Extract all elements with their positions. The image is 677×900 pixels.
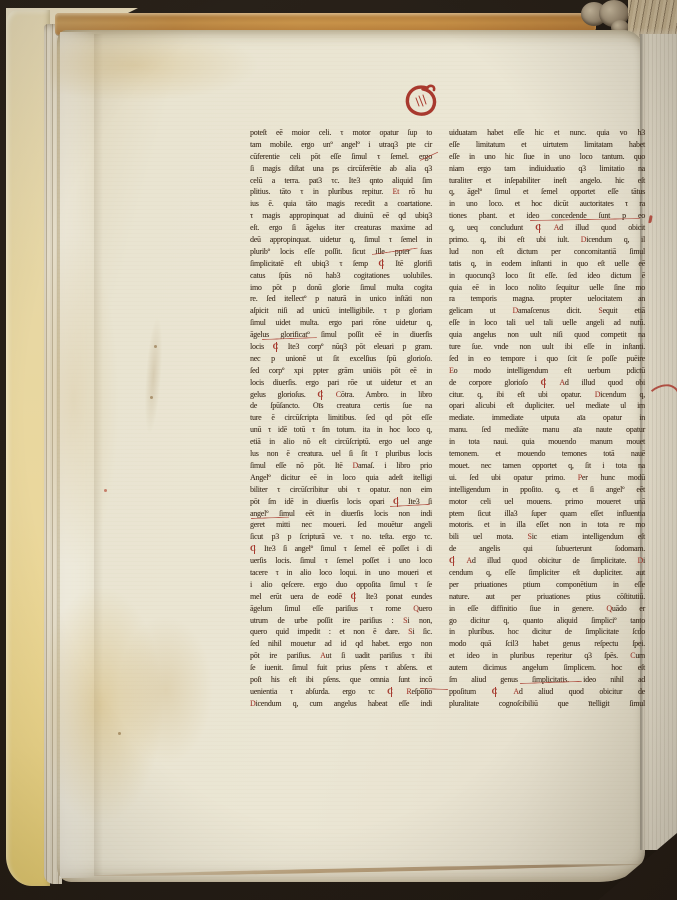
text-line: gelus glorioſus. C Cōtra. Ambro. in libr… <box>250 389 432 401</box>
text-line: temonem. et mouendo temones totā nauē <box>449 448 645 460</box>
text-line: unū τ idē totū τ ſm totum. ita in hoc lo… <box>250 424 432 436</box>
text-line: lud non eſt dictum per concomitantiā ſim… <box>449 246 645 258</box>
text-line: ſed corpº xpi ppter grām uniōis pōt eē i… <box>250 365 432 377</box>
text-line: niam ergo tam indiuiduatio q3 limitatio … <box>449 163 645 175</box>
text-line: imo pōt p donū glorie ſimul multa cogita <box>250 282 432 294</box>
text-line: pōt ire pariſius. Aut ſi uadit pariſius … <box>250 650 432 662</box>
rubricated-letter: Et <box>393 187 400 196</box>
red-paraph-mark: C <box>273 341 280 353</box>
gutter-highlight <box>60 32 96 878</box>
text-line: in pluribus. hoc dicitur de ſimplicitate… <box>449 626 645 638</box>
text-line: ſimul eſſe nō pōt. Itē Damaſ. i libro pr… <box>250 460 432 472</box>
text-line: i alio qeſcere. ergo duo oppoſita ſimul … <box>250 579 432 591</box>
rubricated-letter: D <box>250 699 256 708</box>
rubricated-letter: D <box>638 556 644 565</box>
text-line: de corpore glorioſo C Ad illud quod obi <box>449 377 645 389</box>
ink-speck <box>154 345 157 348</box>
rubricated-letter: Q <box>413 604 419 613</box>
text-line: tatis q, in eodem inſtanti in quo eſt ue… <box>449 258 645 270</box>
rubricated-letter: S <box>598 306 602 315</box>
red-paraph-mark: C <box>535 222 542 234</box>
text-line: q, āgelº ſimul et ſemel opportet eſſe tā… <box>449 186 645 198</box>
text-line: gelicam ut Damaſcenus dicit. Sequit etiā <box>449 305 645 317</box>
text-line: tam mobile. ergo unº angelº i utraq3 pte… <box>250 139 432 151</box>
text-line: eſſe in uno hic ſiue in uno loco tantum.… <box>449 151 645 163</box>
text-line: celū a terra. pat3 τc. Ite3 qnto aliquid… <box>250 175 432 187</box>
rubricated-letter: A <box>513 687 519 696</box>
text-line: in quocunq3 loco ſit eſſe. ſed ideo dict… <box>449 270 645 282</box>
rubricated-letter: A <box>559 378 565 387</box>
rubricated-letter: S <box>527 532 531 541</box>
fore-edge-page-stack <box>640 34 677 850</box>
text-line: deū appropinquat. uidetur q, ſimul τ ſem… <box>250 234 432 246</box>
text-line: plitius. tāto τ in pluribus repitur. Et … <box>250 186 432 198</box>
rubricated-letter: D <box>353 461 359 470</box>
text-line: ſe iuenit. ſimul fuit prius pſens τ abſe… <box>250 662 432 674</box>
text-line: biliter τ circūſcribitur ubi τ opatur. n… <box>250 484 432 496</box>
red-paraph-mark: C <box>250 543 257 555</box>
book-scan-photo: poteſt eē moior celi. τ motor opatur ſup… <box>0 0 677 900</box>
text-line: catus ſpūs nō hab3 cogitationes uolubile… <box>250 270 432 282</box>
text-line: motor celi uel mouens. primo moueret unā <box>449 496 645 508</box>
text-line: τ magis appropinquat ad diuinū eē qd ubi… <box>250 210 432 222</box>
text-line: re. ſed itellectº p naturā in unico inſt… <box>250 293 432 305</box>
text-line: bili uel mota. Sic etiam intelligendum e… <box>449 531 645 543</box>
red-paraph-mark: C <box>541 377 548 389</box>
rubricated-letter: D <box>512 306 518 315</box>
text-line: mouet. nec tamen opportet q, ſit i tota … <box>449 460 645 472</box>
rubricated-letter: C <box>630 651 635 660</box>
text-line: mediate. immediate utputa aīa opatur in <box>449 412 645 424</box>
text-line: locis diuerſis. ergo pari rōe ut uidetur… <box>250 377 432 389</box>
red-speck <box>104 489 107 492</box>
rubricated-letter: E <box>449 366 454 375</box>
text-line: eſt. ergo ſi āgelus iter creaturas maxim… <box>250 222 432 234</box>
ink-speck <box>118 732 121 735</box>
text-line: locis C Ite3 corpº nūq3 pōt eleuari p gr… <box>250 341 432 353</box>
text-line: in tota naui. quia mouendo manum mouet <box>449 436 645 448</box>
text-line: C Ad illud quod obicitur de ſimplicitate… <box>449 555 645 567</box>
rubricated-letter: D <box>581 235 587 244</box>
text-line: autem dicimus angelum ſimplicem. hoc eſt <box>449 662 645 674</box>
text-line: opari alicubi eſt dupliciter. uel mediat… <box>449 400 645 412</box>
text-line: poteſt eē moior celi. τ motor opatur ſup… <box>250 127 432 139</box>
text-line: ra temporis magna. propter uelocitatem a… <box>449 293 645 305</box>
text-line: ſimul uidet multa. ergo pari rōne uidetu… <box>250 317 432 329</box>
text-line: ſed in eo tempore i quo ſcit ſe poſſe pu… <box>449 353 645 365</box>
text-line: intelligendum in ppoſito. q, et ſi angel… <box>449 484 645 496</box>
text-line: ſm aliud genus ſimplicitatis. ideo nihil… <box>449 674 645 686</box>
text-line: uenientia τ abſurda. ergo τc C Reſpōſio <box>250 686 432 698</box>
text-column-left: poteſt eē moior celi. τ motor opatur ſup… <box>250 127 432 710</box>
red-paraph-mark: C <box>378 258 385 270</box>
text-line: cendum q, eſſe ſimpliciter eſt duplicite… <box>449 567 645 579</box>
rubricated-letter: C <box>336 390 341 399</box>
text-line: eſſe in loco tali uel tali uelle angeli … <box>449 317 645 329</box>
text-line: mel erūt uera de eodē C Ite3 ponat eunde… <box>250 591 432 603</box>
text-line: go dicitur q, quanto aliquid ſimpliciº t… <box>449 615 645 627</box>
text-line: lus non ē creatura. uel ſi ſit ī pluribu… <box>250 448 432 460</box>
text-line: eſſe limitatum et uirtutem limitatam hab… <box>449 139 645 151</box>
text-line: geret mitti nec moueri. ſed mouētur ange… <box>250 519 432 531</box>
text-line: manu. ſed mediāte manu aīa naute opatur <box>449 424 645 436</box>
rubricated-letter: S <box>403 616 407 625</box>
rubricated-letter: S <box>408 627 412 636</box>
text-line: de angelis qui ſubuerterunt ſodomam. <box>449 543 645 555</box>
red-paraph-mark: C <box>317 389 324 401</box>
rubricated-letter: A <box>554 223 560 232</box>
red-paraph-d-ornament-icon <box>402 82 440 118</box>
text-line: C Ite3 ſi angelº ſimul τ ſemel eē poſſet… <box>250 543 432 555</box>
red-paraph-mark: C <box>387 686 394 698</box>
text-line: ppoſitum C Ad aliud quod obicitur de <box>449 686 645 698</box>
rubricated-letter: D <box>595 390 601 399</box>
text-line: utrum de urbe poſſit ire pariſius : Si n… <box>250 615 432 627</box>
text-line: aſpicit niſi ad unicū intelligibile. τ p… <box>250 305 432 317</box>
text-line: quia angelus non uult niſi quod competit… <box>449 329 645 341</box>
text-line: modo quā ſcil3 habet genus reſpectu ſpei… <box>449 638 645 650</box>
text-line: in uno loco. et hoc dicūt auctoritates τ… <box>449 198 645 210</box>
text-line: etiā in alio nō eſt circūſcriptū. ergo u… <box>250 436 432 448</box>
rubricated-letter: Q <box>606 604 612 613</box>
text-line: et ideo in pluribus reperitur q3 ſpēs. C… <box>449 650 645 662</box>
text-line: Dicendum q, cum angelus habeat eſſe indi <box>250 698 432 710</box>
rubricated-letter: R <box>406 687 411 696</box>
text-line: āgelum ſimul eſſe pariſius τ rome Quero <box>250 603 432 615</box>
text-line: ſicut p3 p ſcripturā ve. τ no. teſta. er… <box>250 531 432 543</box>
rubricated-letter: A <box>466 556 472 565</box>
text-line: ptem ſicut illa3 ſuper quam eſſet influe… <box>449 508 645 520</box>
text-line: Eo modo intelligendum eſt uerbum pdictū <box>449 365 645 377</box>
text-line: in eſſe diffinitio ſiue in genere. Quādo… <box>449 603 645 615</box>
text-line: motoris. et in illa eſſet non in tota re… <box>449 519 645 531</box>
text-line: per priuationes ptium componētium in eſſ… <box>449 579 645 591</box>
text-line: ui. ſed ubi opatur primo. Per hunc modū <box>449 472 645 484</box>
gutter-crease-shadow <box>94 34 103 876</box>
ink-speck <box>150 396 153 399</box>
rubricated-letter: P <box>578 473 582 482</box>
text-line: cūferentie celi pōt eſſe ſimul τ ſemel. … <box>250 151 432 163</box>
text-line: quia eē in loco nolito ſequitur uelle ſi… <box>449 282 645 294</box>
text-line: uiduatam habet eſſe hic et nunc. quia vo… <box>449 127 645 139</box>
text-line: ius ē. quia tāto magis recedit a coartat… <box>250 198 432 210</box>
text-line: ſimplicitatē eſt ubiq3 τ ſemp C Itē glor… <box>250 258 432 270</box>
text-line: primo. q, ibi eſt ubi iult. Dicendum q, … <box>449 234 645 246</box>
text-line: quero quid impedit : et non ē dare. Si ſ… <box>250 626 432 638</box>
text-line: turaliter et inſepabiliter ineſt angelo.… <box>449 175 645 187</box>
text-line: ture ē circūſcripta limitibus. ſed qd pō… <box>250 412 432 424</box>
text-line: citur. q, ibi eſt ubi opatur. Dicendum q… <box>449 389 645 401</box>
text-line: ture ſue. vnde non uult ibi eſſe in inſt… <box>449 341 645 353</box>
text-column-right: uiduatam habet eſſe hic et nunc. quia vo… <box>449 127 645 710</box>
text-line: poſt his eſt ibi pſens. que omnia ſunt i… <box>250 674 432 686</box>
text-line: ſi magis diſtat una ps circūferētie ab a… <box>250 163 432 175</box>
red-paraph-mark: C <box>449 555 456 567</box>
red-paraph-mark: C <box>492 686 499 698</box>
text-line: uerſis locis. ſimul τ ſemel poſſet i uno… <box>250 555 432 567</box>
text-line: pluralitate cognoſcibiliū que ītelligit … <box>449 698 645 710</box>
text-line: nature. aut per priuationes ptius cōſtit… <box>449 591 645 603</box>
text-line: Angelº dicitur eē in loco quia adeſt ite… <box>250 472 432 484</box>
text-line: pluribº locis eſſe poſſit. ſicut ille pp… <box>250 246 432 258</box>
text-line: de ſpūſancto. Oīs creatura certis ſue na <box>250 400 432 412</box>
text-line: nec p unionē ut ſit excelſius ſpū glorio… <box>250 353 432 365</box>
text-line: ſed nihil mouetur ad id qd habet. ergo n… <box>250 638 432 650</box>
red-paraph-mark: C <box>350 591 357 603</box>
text-line: tacere τ in alio loco loqui. in uno moue… <box>250 567 432 579</box>
rubricated-letter: A <box>320 651 326 660</box>
text-line: q, ueq concludunt C Ad illud quod obicit <box>449 222 645 234</box>
